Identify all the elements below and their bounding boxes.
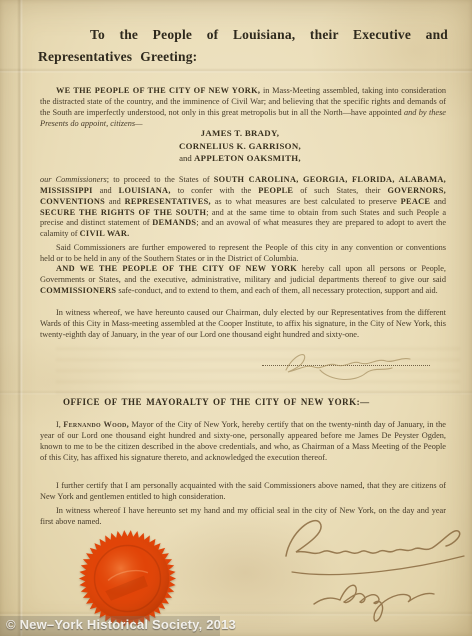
paragraph-preamble: WE THE PEOPLE OF THE CITY OF NEW YORK, i…	[40, 86, 446, 129]
signature-stroke-mayor	[314, 585, 434, 621]
paragraph-witness-chairman: In witness whereof, we have hereunto cau…	[40, 308, 446, 340]
fernando-wood-signature	[256, 500, 468, 632]
signature-stroke	[320, 368, 392, 379]
commissioner-name: JAMES T. BRADY,	[40, 127, 440, 140]
mayoral-wax-seal	[76, 530, 179, 627]
copyright-caption: © New–York Historical Society, 2013	[6, 617, 236, 632]
paragraph-mayor-certify: I, Fernando Wood, Mayor of the City of N…	[40, 420, 446, 463]
signature-stroke-flourish	[292, 556, 464, 575]
signature-stroke-name	[286, 521, 460, 556]
commissioner-names-list: JAMES T. BRADY, CORNELIUS K. GARRISON, a…	[40, 127, 440, 165]
paper-fold-crease-vertical	[17, 0, 23, 636]
paper-fold-crease-top	[0, 68, 472, 73]
chairman-signature-script	[258, 344, 444, 388]
document-title: To the People of Louisiana, their Execut…	[38, 24, 448, 67]
commissioner-name: and APPLETON OAKSMITH,	[40, 152, 440, 165]
mayoralty-heading: OFFICE OF THE MAYORALTY OF THE CITY OF N…	[63, 397, 370, 407]
document-page: To the People of Louisiana, their Execut…	[0, 0, 472, 636]
paragraph-call-upon: AND WE THE PEOPLE OF THE CITY OF NEW YOR…	[40, 264, 446, 296]
signature-stroke	[286, 355, 410, 372]
seal-shading	[86, 537, 169, 620]
paragraph-commission: our Commissioners; to proceed to the Sta…	[40, 175, 446, 240]
commissioner-name: CORNELIUS K. GARRISON,	[40, 140, 440, 153]
paragraph-empowerment: Said Commissioners are further empowered…	[40, 243, 446, 265]
